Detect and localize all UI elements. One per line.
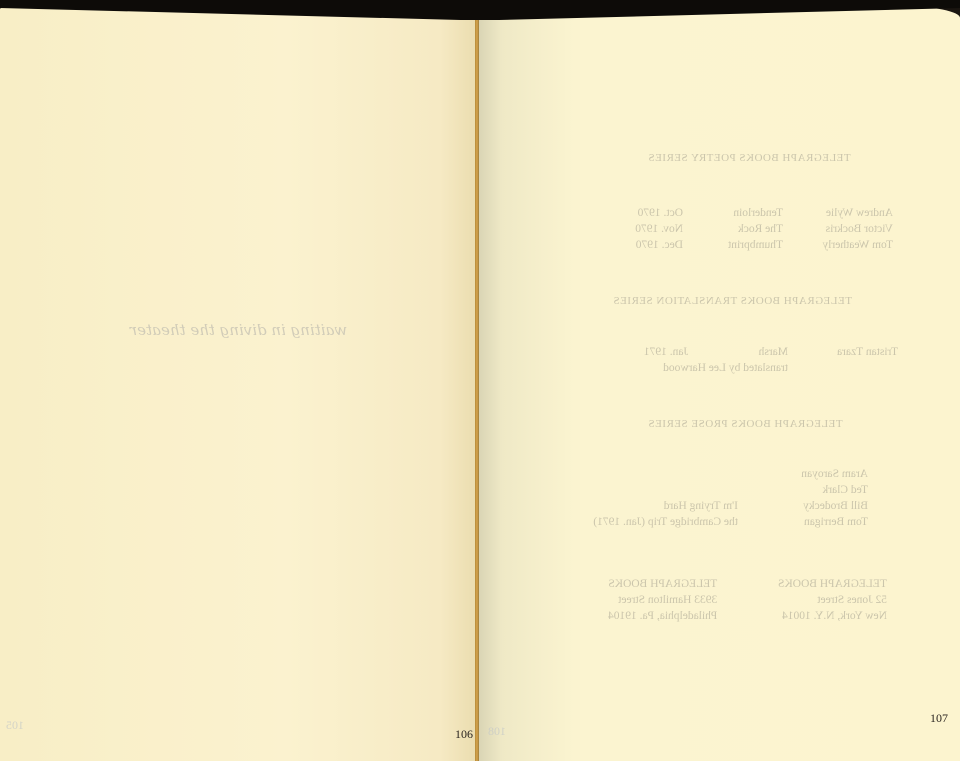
address-philadelphia: TELEGRAPH BOOKS 3933 Hamilton Street Phi… xyxy=(608,576,717,624)
right-page: TELEGRAPH BOOKS POETRY SERIES Andrew Wyl… xyxy=(478,6,960,761)
table-row: Victor Bockris The Rock Nov. 1970 xyxy=(613,221,893,237)
table-row: Tristan Tzara Marsh Jan. 1971 xyxy=(618,344,898,360)
book-gutter xyxy=(475,10,479,761)
faint-page-number: 108 xyxy=(488,724,506,739)
section-heading-translation: TELEGRAPH BOOKS TRANSLATION SERIES xyxy=(613,293,852,309)
table-row: Tom Weatherly Thumbprint Dec. 1970 xyxy=(613,237,893,253)
table-row: Andrew Wylie Tenderloin Oct. 1970 xyxy=(613,205,893,221)
left-page: waiting in diving the theater 105 106 xyxy=(0,3,478,761)
prose-authors: Aram Saroyan Ted Clark Bill Brodecky Tom… xyxy=(738,466,868,530)
section-heading-poetry: TELEGRAPH BOOKS POETRY SERIES xyxy=(648,150,851,166)
handwritten-bleed-through: waiting in diving the theater xyxy=(130,321,347,339)
address-new-york: TELEGRAPH BOOKS 52 Jones Street New York… xyxy=(778,576,887,624)
page-number-right: 107 xyxy=(930,711,948,726)
page-number-left: 106 xyxy=(455,727,473,742)
table-row: translated by Lee Harwood xyxy=(618,360,898,376)
poetry-table: Andrew Wylie Tenderloin Oct. 1970 Victor… xyxy=(613,205,893,253)
book-spread: waiting in diving the theater 105 106 TE… xyxy=(0,0,960,761)
section-heading-prose: TELEGRAPH BOOKS PROSE SERIES xyxy=(648,416,843,432)
faint-page-number: 105 xyxy=(6,718,24,733)
prose-block: Aram Saroyan Ted Clark Bill Brodecky Tom… xyxy=(588,466,868,530)
prose-note: I'm Trying Hard the Cambridge Trip (Jan.… xyxy=(593,466,738,530)
translation-table: Tristan Tzara Marsh Jan. 1971 translated… xyxy=(618,344,898,376)
